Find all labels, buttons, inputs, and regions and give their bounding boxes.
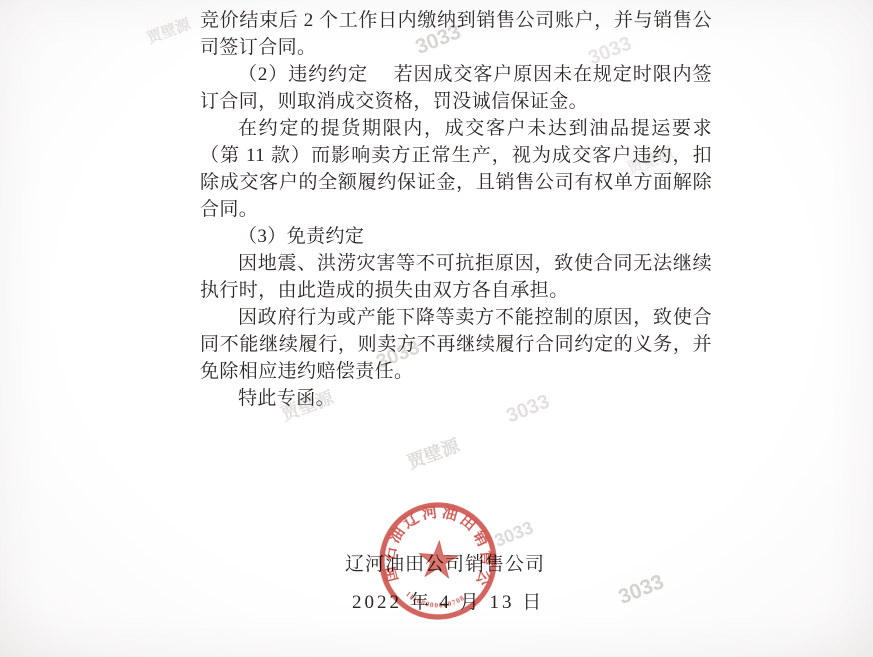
paragraph: 因地震、洪涝灾害等不可抗拒原因，致使合同无法继续执行时，由此造成的损失由双方各自… bbox=[200, 250, 712, 304]
seal-ring-text: 中国石油辽河油田销售公司 bbox=[357, 480, 503, 592]
paragraph: 竞价结束后 2 个工作日内缴纳到销售公司账户，并与销售公司签订合同。 bbox=[200, 7, 712, 61]
paragraph: 特此专函。 bbox=[200, 385, 712, 412]
paragraph: （3）免责约定 bbox=[200, 223, 712, 250]
watermark-text: 贾壁源 bbox=[144, 13, 193, 48]
watermark-text: 贾壁源 bbox=[403, 432, 463, 475]
scanned-page: 30333033贾壁源贾壁源3033贾壁源3033贾壁源30333033 竞价结… bbox=[0, 0, 873, 657]
watermark-text: 3033 bbox=[615, 570, 667, 610]
paragraph: （2）违约约定 若因成交客户原因未在规定时限内签订合同，则取消成交资格，罚没诚信… bbox=[200, 61, 712, 115]
document-body: 竞价结束后 2 个工作日内缴纳到销售公司账户，并与销售公司签订合同。（2）违约约… bbox=[200, 7, 712, 412]
seal-star-icon bbox=[418, 540, 458, 579]
company-seal: 中国石油辽河油田销售公司 11100000009708 bbox=[357, 480, 519, 642]
paragraph: 因政府行为或产能下降等卖方不能控制的原因，致使合同不能继续履行，则卖方不再继续履… bbox=[200, 304, 712, 385]
paragraph: 在约定的提货期限内，成交客户未达到油品提运要求（第 11 款）而影响卖方正常生产… bbox=[200, 115, 712, 223]
